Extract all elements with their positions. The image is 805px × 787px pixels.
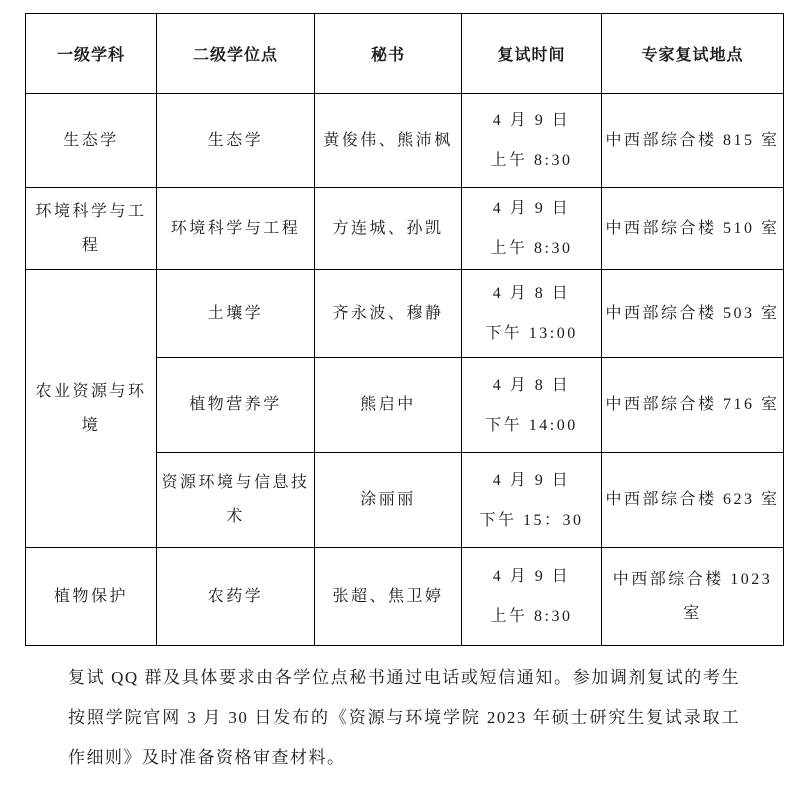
cell-secretary: 张超、焦卫婷 bbox=[315, 548, 462, 646]
cell-degree: 环境科学与工程 bbox=[157, 188, 315, 270]
cell-interview-time: 4 月 8 日 下午 14:00 bbox=[462, 358, 602, 453]
interview-date: 4 月 9 日 bbox=[493, 566, 571, 587]
interview-time-stack: 4 月 8 日 下午 13:00 bbox=[465, 283, 598, 344]
table-row-plant-protection: 植物保护 农药学 张超、焦卫婷 4 月 9 日 上午 8:30 中西部综合楼 1… bbox=[26, 548, 784, 646]
interview-hour: 上午 8:30 bbox=[491, 150, 573, 171]
interview-date: 4 月 8 日 bbox=[493, 375, 571, 396]
interview-date: 4 月 9 日 bbox=[493, 110, 571, 131]
cell-degree: 植物营养学 bbox=[157, 358, 315, 453]
document-page: 一级学科 二级学位点 秘书 复试时间 专家复试地点 生态学 生态学 黄俊伟、熊沛… bbox=[0, 0, 805, 778]
interview-hour: 下午 15：30 bbox=[479, 510, 583, 531]
table-header-row: 一级学科 二级学位点 秘书 复试时间 专家复试地点 bbox=[26, 14, 784, 94]
interview-hour: 下午 14:00 bbox=[485, 415, 577, 436]
cell-secretary: 黄俊伟、熊沛枫 bbox=[315, 94, 462, 188]
cell-degree: 资源环境与信息技术 bbox=[157, 453, 315, 548]
col-header-discipline: 一级学科 bbox=[26, 14, 157, 94]
cell-interview-time: 4 月 9 日 下午 15：30 bbox=[462, 453, 602, 548]
interview-schedule-table: 一级学科 二级学位点 秘书 复试时间 专家复试地点 生态学 生态学 黄俊伟、熊沛… bbox=[25, 13, 784, 646]
cell-interview-time: 4 月 9 日 上午 8:30 bbox=[462, 548, 602, 646]
interview-time-stack: 4 月 8 日 下午 14:00 bbox=[465, 375, 598, 436]
cell-secretary: 涂丽丽 bbox=[315, 453, 462, 548]
cell-location: 中西部综合楼 815 室 bbox=[602, 94, 784, 188]
interview-time-stack: 4 月 9 日 上午 8:30 bbox=[465, 198, 598, 259]
table-row-ecology: 生态学 生态学 黄俊伟、熊沛枫 4 月 9 日 上午 8:30 中西部综合楼 8… bbox=[26, 94, 784, 188]
cell-discipline: 生态学 bbox=[26, 94, 157, 188]
interview-time-stack: 4 月 9 日 下午 15：30 bbox=[465, 470, 598, 531]
interview-time-stack: 4 月 9 日 上午 8:30 bbox=[465, 110, 598, 171]
cell-location: 中西部综合楼 503 室 bbox=[602, 270, 784, 358]
table-row-soil-science: 农业资源与环境 土壤学 齐永波、穆静 4 月 8 日 下午 13:00 中西部综… bbox=[26, 270, 784, 358]
cell-location: 中西部综合楼 623 室 bbox=[602, 453, 784, 548]
cell-discipline: 植物保护 bbox=[26, 548, 157, 646]
col-header-interview-time: 复试时间 bbox=[462, 14, 602, 94]
cell-secretary: 齐永波、穆静 bbox=[315, 270, 462, 358]
cell-location: 中西部综合楼 1023 室 bbox=[602, 548, 784, 646]
interview-hour: 上午 8:30 bbox=[491, 238, 573, 259]
col-header-degree-point: 二级学位点 bbox=[157, 14, 315, 94]
cell-discipline-merged: 农业资源与环境 bbox=[26, 270, 157, 548]
cell-degree: 农药学 bbox=[157, 548, 315, 646]
cell-secretary: 方连城、孙凯 bbox=[315, 188, 462, 270]
cell-location: 中西部综合楼 510 室 bbox=[602, 188, 784, 270]
interview-hour: 上午 8:30 bbox=[491, 606, 573, 627]
cell-secretary: 熊启中 bbox=[315, 358, 462, 453]
interview-hour: 下午 13:00 bbox=[485, 323, 577, 344]
cell-interview-time: 4 月 8 日 下午 13:00 bbox=[462, 270, 602, 358]
interview-date: 4 月 8 日 bbox=[493, 283, 571, 304]
interview-date: 4 月 9 日 bbox=[493, 198, 571, 219]
cell-degree: 土壤学 bbox=[157, 270, 315, 358]
col-header-interview-location: 专家复试地点 bbox=[602, 14, 784, 94]
cell-degree: 生态学 bbox=[157, 94, 315, 188]
cell-discipline: 环境科学与工程 bbox=[26, 188, 157, 270]
note-paragraph: 复试 QQ 群及具体要求由各学位点秘书通过电话或短信通知。参加调剂复试的考生按照… bbox=[68, 658, 740, 778]
cell-interview-time: 4 月 9 日 上午 8:30 bbox=[462, 188, 602, 270]
col-header-secretary: 秘书 bbox=[315, 14, 462, 94]
table-row-environment-science: 环境科学与工程 环境科学与工程 方连城、孙凯 4 月 9 日 上午 8:30 中… bbox=[26, 188, 784, 270]
interview-date: 4 月 9 日 bbox=[493, 470, 571, 491]
cell-location: 中西部综合楼 716 室 bbox=[602, 358, 784, 453]
interview-time-stack: 4 月 9 日 上午 8:30 bbox=[465, 566, 598, 627]
cell-interview-time: 4 月 9 日 上午 8:30 bbox=[462, 94, 602, 188]
